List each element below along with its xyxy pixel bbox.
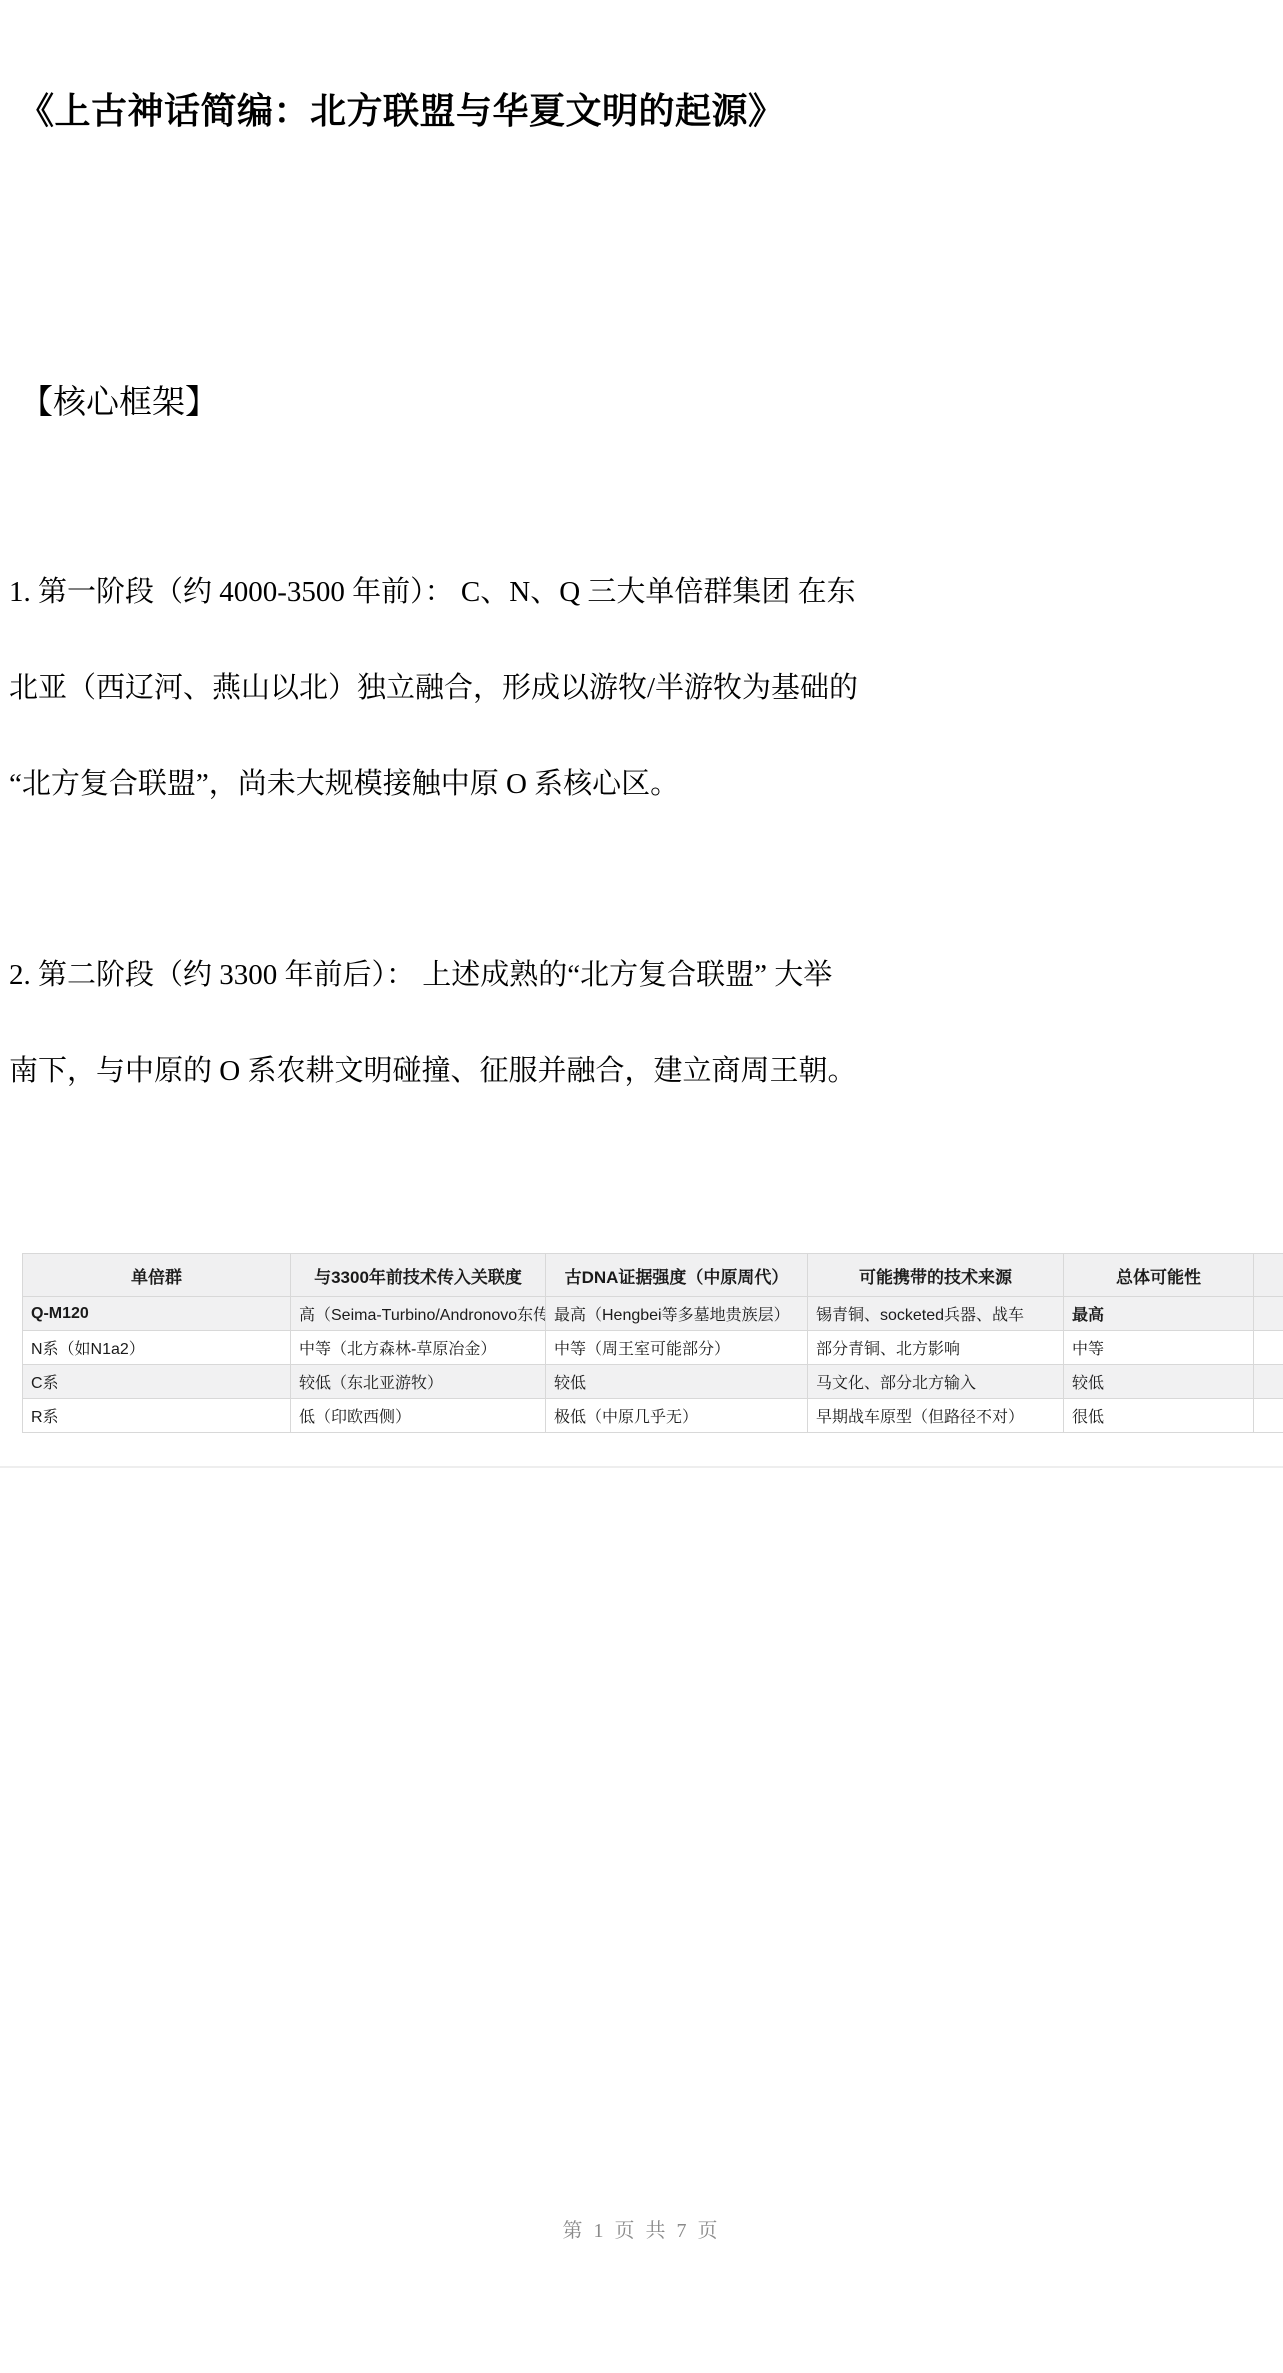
paragraph-line: 南下，与中原的 O 系农耕文明碰撞、征服并融合，建立商周王朝。 (9, 1023, 879, 1119)
document-page: 《上古神话简编：北方联盟与华夏文明的起源》 【核心框架】 1. 第一阶段（约 4… (0, 0, 1283, 2373)
table-cell (1254, 1297, 1283, 1331)
table-cell: 中等（周王室可能部分） (546, 1331, 808, 1365)
paragraph-line: “北方复合联盟”，尚未大规模接触中原 O 系核心区。 (9, 736, 879, 832)
table-row: Q-M120高（Seima-Turbino/Andronovo东传）最高（Hen… (23, 1297, 1283, 1331)
table-cell: Q-M120 (23, 1297, 291, 1331)
table-row: N系（如N1a2）中等（北方森林-草原冶金）中等（周王室可能部分）部分青铜、北方… (23, 1331, 1283, 1365)
table-cell: 很低 (1064, 1399, 1254, 1433)
table-cell (1254, 1365, 1283, 1399)
table-cell: N系（如N1a2） (23, 1331, 291, 1365)
table-cell: R系 (23, 1399, 291, 1433)
table-header-cell: 与3300年前技术传入关联度 (291, 1254, 546, 1297)
table-cell: 最高（Hengbei等多墓地贵族层） (546, 1297, 808, 1331)
table-cell: 最高 (1064, 1297, 1254, 1331)
table-cell: 极低（中原几乎无） (546, 1399, 808, 1433)
paragraph-line: 2. 第二阶段（约 3300 年前后）： 上述成熟的“北方复合联盟” 大举 (9, 927, 879, 1023)
document-title: 《上古神话简编：北方联盟与华夏文明的起源》 (18, 92, 785, 132)
haplogroup-table: 单倍群与3300年前技术传入关联度古DNA证据强度（中原周代）可能携带的技术来源… (22, 1253, 1283, 1433)
table-header-cell: 可能携带的技术来源 (808, 1254, 1064, 1297)
table-cell: 高（Seima-Turbino/Andronovo东传） (291, 1297, 546, 1331)
table-header-cell: 总体可能性 (1064, 1254, 1254, 1297)
table-row: C系较低（东北亚游牧）较低马文化、部分北方输入较低 (23, 1365, 1283, 1399)
paragraph-line: 北亚（西辽河、燕山以北）独立融合，形成以游牧/半游牧为基础的 (9, 640, 879, 736)
table-row: R系低（印欧西侧）极低（中原几乎无）早期战车原型（但路径不对）很低 (23, 1399, 1283, 1433)
table-header-row: 单倍群与3300年前技术传入关联度古DNA证据强度（中原周代）可能携带的技术来源… (23, 1254, 1283, 1297)
table-cell: 低（印欧西侧） (291, 1399, 546, 1433)
paragraph-stage-one: 1. 第一阶段（约 4000-3500 年前）： C、N、Q 三大单倍群集团 在… (9, 544, 879, 832)
table-header-cell: 古DNA证据强度（中原周代） (546, 1254, 808, 1297)
table-cell: 中等 (1064, 1331, 1254, 1365)
table-cell: 部分青铜、北方影响 (808, 1331, 1064, 1365)
paragraph-stage-two: 2. 第二阶段（约 3300 年前后）： 上述成熟的“北方复合联盟” 大举南下，… (9, 927, 879, 1119)
table-cell: 较低 (1064, 1365, 1254, 1399)
table-image-bottom-edge (0, 1466, 1283, 1468)
table-cell: 早期战车原型（但路径不对） (808, 1399, 1064, 1433)
table-header-cell: 单倍群 (23, 1254, 291, 1297)
section-heading: 【核心框架】 (20, 385, 218, 421)
table-header-cell (1254, 1254, 1283, 1297)
table-cell: C系 (23, 1365, 291, 1399)
page-number-footer: 第 1 页 共 7 页 (0, 2214, 1283, 2243)
table-cell: 较低（东北亚游牧） (291, 1365, 546, 1399)
table-cell: 中等（北方森林-草原冶金） (291, 1331, 546, 1365)
table-cell (1254, 1399, 1283, 1433)
table-body: Q-M120高（Seima-Turbino/Andronovo东传）最高（Hen… (23, 1297, 1283, 1433)
table-cell: 较低 (546, 1365, 808, 1399)
table-cell: 锡青铜、socketed兵器、战车 (808, 1297, 1064, 1331)
paragraph-line: 1. 第一阶段（约 4000-3500 年前）： C、N、Q 三大单倍群集团 在… (9, 544, 879, 640)
table-cell: 马文化、部分北方输入 (808, 1365, 1064, 1399)
table-cell (1254, 1331, 1283, 1365)
